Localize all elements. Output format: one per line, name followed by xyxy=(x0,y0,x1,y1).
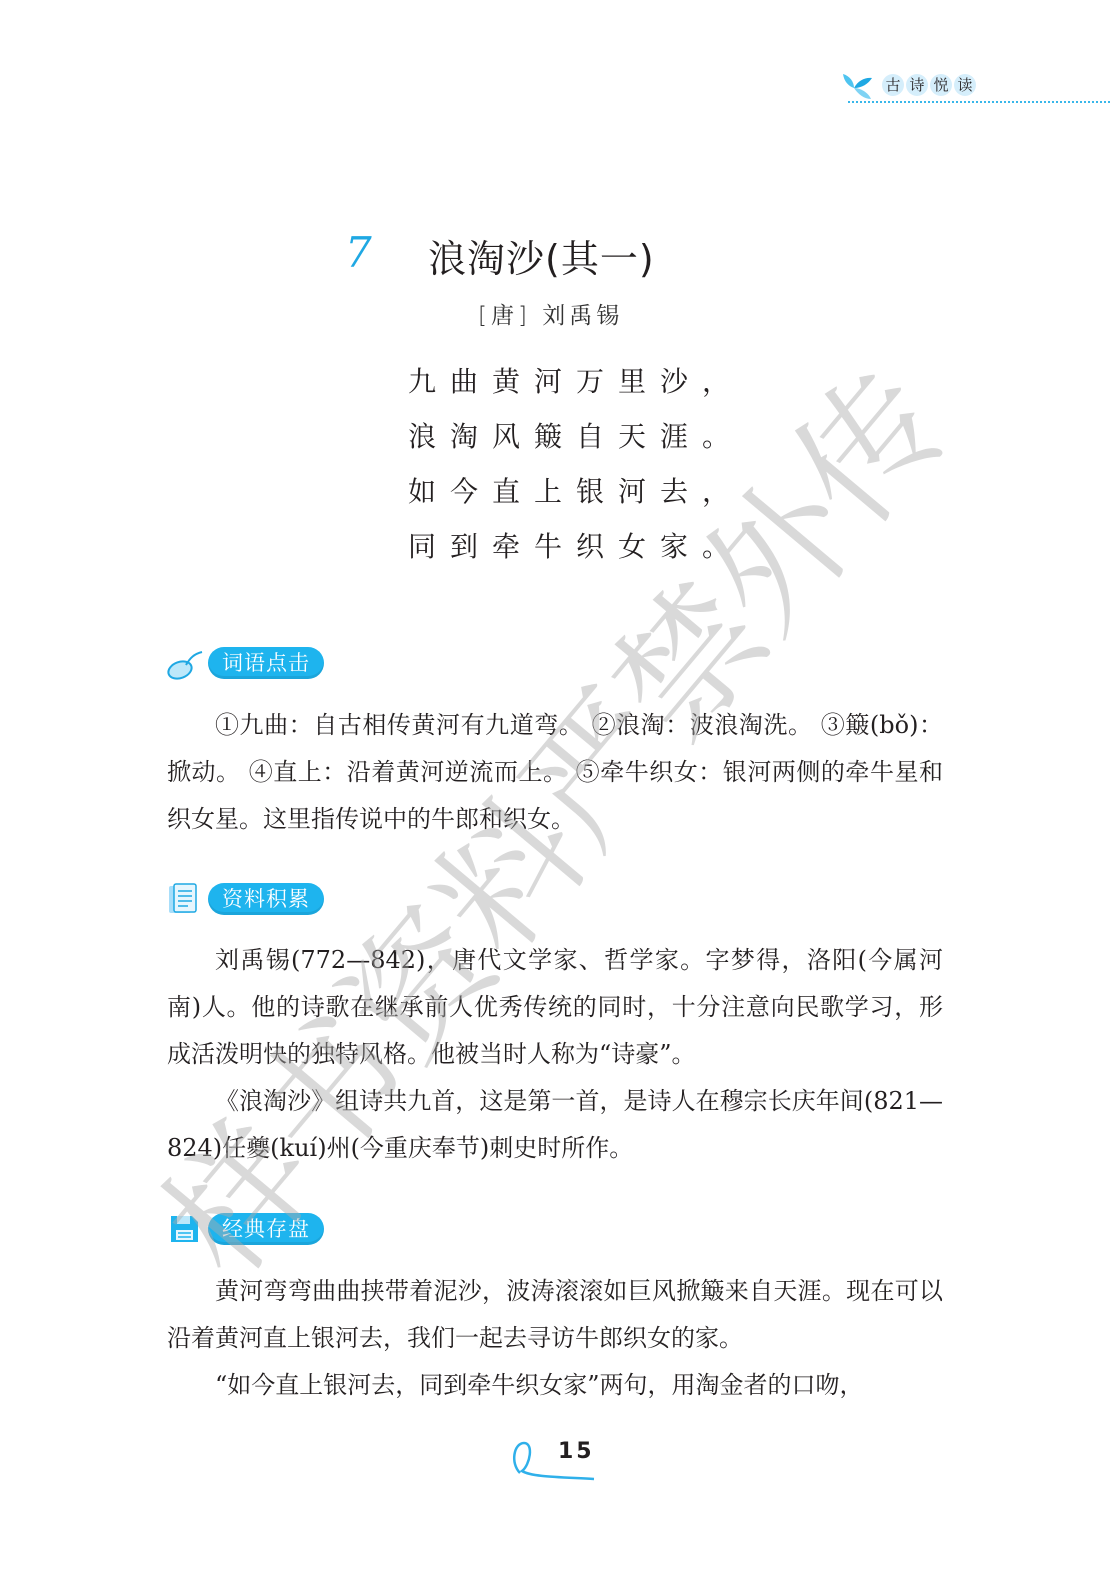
paragraph: 黄河弯弯曲曲挟带着泥沙，波涛滚滚如巨风掀簸来自天涯。现在可以沿着黄河直上银河去，… xyxy=(167,1268,943,1362)
paragraph: 刘禹锡(772—842)，唐代文学家、哲学家。字梦得，洛阳(今属河南)人。他的诗… xyxy=(167,937,943,1078)
header-char: 诗 xyxy=(906,74,928,96)
paragraph: 《浪淘沙》组诗共九首，这是第一首，是诗人在穆宗长庆年间(821—824)任夔(k… xyxy=(167,1078,943,1172)
page-number-text: 15 xyxy=(558,1439,595,1464)
dotted-rule xyxy=(848,101,1110,103)
mouse-icon xyxy=(166,646,204,680)
interpretation-text: 黄河弯弯曲曲挟带着泥沙，波涛滚滚如巨风掀簸来自天涯。现在可以沿着黄河直上银河去，… xyxy=(167,1268,943,1409)
section-header-vocabulary: 词语点击 xyxy=(166,646,324,680)
poem-line: 如今直上银河去， xyxy=(408,470,744,525)
section-header-interpretation: 经典存盘 xyxy=(166,1212,324,1246)
running-header: 古 诗 悦 读 xyxy=(838,70,1110,106)
vocabulary-notes: ①九曲：自古相传黄河有九道弯。 ②浪淘：波浪淘洗。 ③簸(bǒ)：掀动。 ④直上… xyxy=(167,702,943,843)
header-char: 读 xyxy=(954,74,976,96)
lesson-number: 7 xyxy=(345,228,372,277)
page-number: 15 xyxy=(508,1433,608,1483)
section-badge: 经典存盘 xyxy=(208,1213,324,1245)
paragraph: “如今直上银河去，同到牵牛织女家”两句，用淘金者的口吻， xyxy=(167,1362,943,1409)
header-char: 悦 xyxy=(930,74,952,96)
paragraph: ①九曲：自古相传黄河有九道弯。 ②浪淘：波浪淘洗。 ③簸(bǒ)：掀动。 ④直上… xyxy=(167,702,943,843)
section-header-background: 资料积累 xyxy=(166,882,324,916)
poem-author: [唐] 刘禹锡 xyxy=(478,297,623,330)
leaf-icon xyxy=(840,72,874,102)
poem-line: 浪淘风簸自天涯。 xyxy=(408,415,744,470)
poem-line: 同到牵牛织女家。 xyxy=(408,525,744,580)
poem-line: 九曲黄河万里沙， xyxy=(408,360,744,415)
header-char: 古 xyxy=(882,74,904,96)
section-badge: 资料积累 xyxy=(208,883,324,915)
section-badge: 词语点击 xyxy=(208,647,324,679)
section-title: 古 诗 悦 读 xyxy=(882,74,976,96)
document-icon xyxy=(166,882,204,916)
floppy-disk-icon xyxy=(166,1212,204,1246)
background-notes: 刘禹锡(772—842)，唐代文学家、哲学家。字梦得，洛阳(今属河南)人。他的诗… xyxy=(167,937,943,1172)
poem-body: 九曲黄河万里沙， 浪淘风簸自天涯。 如今直上银河去， 同到牵牛织女家。 xyxy=(408,360,744,580)
poem-title: 浪淘沙(其一) xyxy=(428,228,655,283)
